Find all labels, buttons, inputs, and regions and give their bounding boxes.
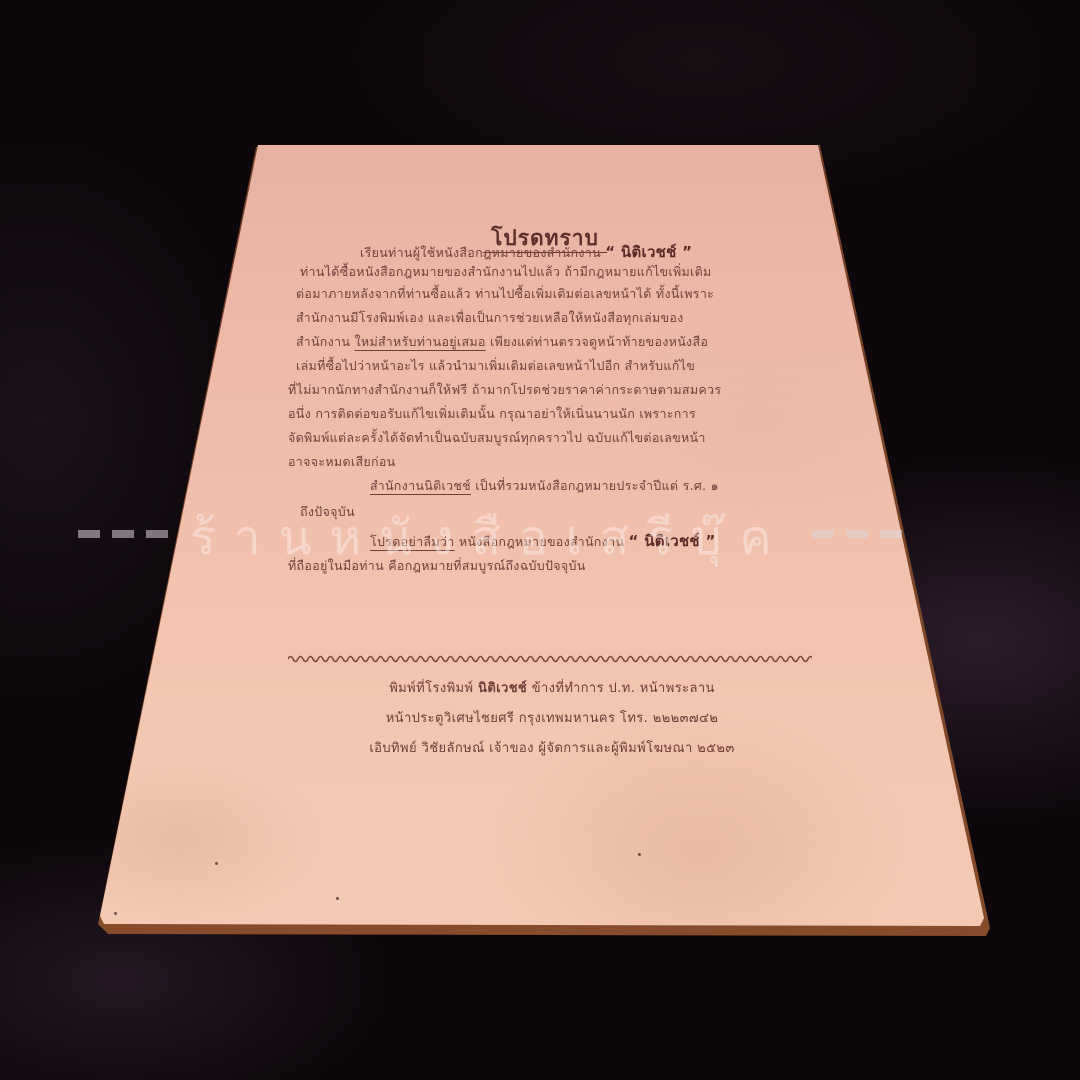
office-name: สำนักงานนิติเวชช์ — [370, 478, 471, 493]
text-segment: เรียนท่านผู้ใช้หนังสือกฎหมายของสำนักงาน — [360, 245, 605, 260]
underlined-phrase: ใหม่สำหรับท่านอยู่เสมอ — [355, 334, 486, 349]
text-segment: เพียงแต่ท่านตรวจดูหน้าท้ายของหนังสือ — [486, 334, 708, 349]
text-segment: สำนักงาน — [296, 334, 355, 349]
watermark-dashes-left — [78, 530, 168, 538]
paragraph-line: สำนักงาน ใหม่สำหรับท่านอยู่เสมอ เพียงแต่… — [296, 332, 708, 352]
paragraph-line: อาจจะหมดเสียก่อน — [288, 452, 396, 472]
watermark-text: ร้านหนังสือเสรีบุ๊ค — [190, 500, 790, 576]
photo-scene: โปรดทราบ เรียนท่านผู้ใช้หนังสือกฎหมายของ… — [0, 0, 1080, 1080]
brand-name: “ นิติเวชช์ ” — [605, 243, 692, 261]
paragraph-line: ที่ไม่มากนักทางสำนักงานก็ให้ฟรี ถ้ามากโป… — [288, 380, 721, 400]
paper-speck — [638, 853, 641, 856]
text-segment: ที่ไม่มากนักทางสำนักงานก็ให้ฟรี ถ้ามากโป… — [288, 382, 721, 397]
paragraph-line: สำนักงานมีโรงพิมพ์เอง และเพื่อเป็นการช่ว… — [296, 308, 684, 328]
office-line: สำนักงานนิติเวชช์ เป็นที่รวมหนังสือกฎหมา… — [370, 476, 719, 496]
text-segment: สำนักงานมีโรงพิมพ์เอง และเพื่อเป็นการช่ว… — [296, 310, 684, 325]
text-segment: ต่อมาภายหลังจากที่ท่านซื้อแล้ว ท่านไปซื้… — [296, 286, 714, 301]
wavy-divider — [288, 652, 812, 666]
paragraph-line: เรียนท่านผู้ใช้หนังสือกฎหมายของสำนักงาน … — [360, 240, 692, 264]
text-segment: อาจจะหมดเสียก่อน — [288, 454, 396, 469]
shop-watermark: ร้านหนังสือเสรีบุ๊ค — [0, 506, 1080, 566]
text-segment: ท่านได้ซื้อหนังสือกฎหมายของสำนักงานไปแล้… — [300, 264, 712, 279]
text-segment: จัดพิมพ์แต่ละครั้งได้จัดทำเป็นฉบับสมบูรณ… — [288, 430, 706, 445]
paper-speck — [215, 862, 218, 865]
paper-speck — [336, 897, 339, 900]
paragraph-line: เล่มที่ซื้อไปว่าหน้าอะไร แล้วนำมาเพิ่มเต… — [296, 356, 695, 376]
footer-line: พิมพ์ที่โรงพิมพ์ นิติเวชช์ ข้างที่ทำการ … — [312, 677, 792, 698]
watermark-dashes-right — [812, 530, 902, 538]
footer-line: เอิบทิพย์ วิชัยลักษณ์ เจ้าของ ผู้จัดการแ… — [312, 737, 792, 758]
paragraph-line: ต่อมาภายหลังจากที่ท่านซื้อแล้ว ท่านไปซื้… — [296, 284, 714, 304]
text-segment: อนึ่ง การติดต่อขอรับแก้ไขเพิ่มเติมนั้น ก… — [288, 406, 696, 421]
paper-speck — [114, 912, 117, 915]
text-segment: เล่มที่ซื้อไปว่าหน้าอะไร แล้วนำมาเพิ่มเต… — [296, 358, 695, 373]
paragraph-line: ท่านได้ซื้อหนังสือกฎหมายของสำนักงานไปแล้… — [300, 262, 712, 282]
footer-line: หน้าประตูวิเศษไชยศรี กรุงเทพมหานคร โทร. … — [312, 707, 792, 728]
printer-name: นิติเวชช์ — [478, 681, 527, 696]
paragraph-line: จัดพิมพ์แต่ละครั้งได้จัดทำเป็นฉบับสมบูรณ… — [288, 428, 706, 448]
paragraph-line: อนึ่ง การติดต่อขอรับแก้ไขเพิ่มเติมนั้น ก… — [288, 404, 696, 424]
